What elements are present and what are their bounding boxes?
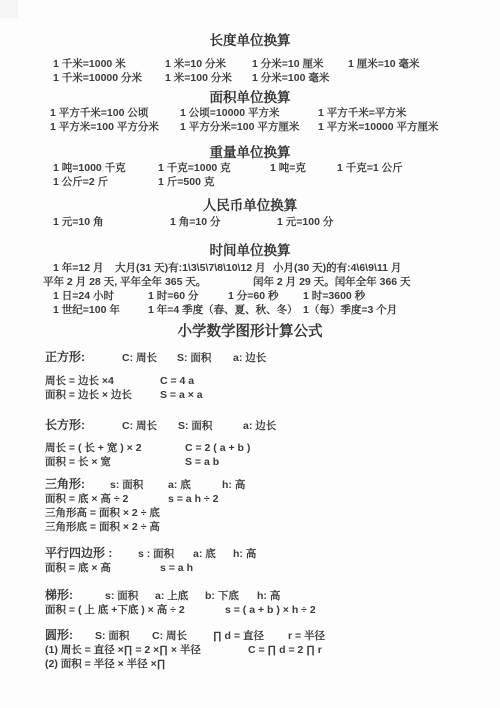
square-formula: 周长 = 边长 ×4 bbox=[45, 374, 114, 388]
length-conversion-item: 1 米=10 分米 bbox=[165, 57, 226, 71]
trapezoid-def: a: 上底 bbox=[155, 589, 188, 603]
triangle-def: a: 底 bbox=[168, 478, 191, 492]
time-conversion-item: 小月(30 天)的有:4\6\9\11 月 bbox=[273, 261, 401, 275]
triangle-formula: 面积 = 底 × 高 ÷ 2 bbox=[45, 492, 128, 506]
length-conversion-item: 1 分米=100 毫米 bbox=[252, 71, 329, 85]
rectangle-formula: 面积 = 长 × 宽 bbox=[45, 455, 111, 469]
weight-conversion-item: 1 吨=克 bbox=[270, 161, 306, 175]
weight-conversion-item: 1 千克=1000 克 bbox=[158, 161, 231, 175]
weight-conversion-item: 1 吨=1000 千克 bbox=[53, 161, 126, 175]
time-conversion-item: 1 年=4 季度（春、夏、秋、冬） bbox=[148, 303, 298, 317]
trapezoid-def: b: 下底 bbox=[205, 589, 239, 603]
shape-name-trapezoid: 梯形: bbox=[45, 588, 73, 602]
time-conversion-item: 1 年=12 月 bbox=[53, 261, 104, 275]
rectangle-def: S: 面积 bbox=[178, 419, 212, 433]
length-conversion-item: 1 分米=10 厘米 bbox=[252, 57, 324, 71]
length-conversion-item: 1 千米=10000 分米 bbox=[53, 71, 142, 85]
section-title-time: 时间单位换算 bbox=[0, 243, 500, 259]
triangle-def: h: 高 bbox=[222, 478, 245, 492]
worksheet-page: 长度单位换算 1 千米=1000 米 1 米=10 分米 1 分米=10 厘米 … bbox=[0, 0, 500, 708]
area-conversion-item: 1 平方千米=平方米 bbox=[318, 106, 406, 120]
parallelogram-def: s : 面积 bbox=[138, 547, 174, 561]
square-formula-symbolic: C = 4 a bbox=[160, 374, 194, 388]
parallelogram-def: h: 高 bbox=[233, 547, 256, 561]
circle-def: ∏ d = 直径 bbox=[213, 629, 264, 643]
circle-def: C: 周长 bbox=[152, 629, 187, 643]
time-conversion-item: 1 时=3600 秒 bbox=[303, 289, 365, 303]
rmb-conversion-item: 1 角=10 分 bbox=[170, 215, 221, 229]
square-def: S: 面积 bbox=[177, 351, 211, 365]
time-conversion-item: 闰年 2 月 29 天。闰年全年 366 天 bbox=[253, 275, 411, 289]
shape-name-square: 正方形: bbox=[45, 350, 85, 364]
rmb-conversion-item: 1 元=10 角 bbox=[53, 215, 104, 229]
trapezoid-def: h: 高 bbox=[257, 589, 280, 603]
time-conversion-item: 1 世纪=100 年 bbox=[53, 303, 120, 317]
circle-formula: (2) 面积 = 半径 × 半径 ×∏ bbox=[45, 657, 165, 671]
time-conversion-item: 平年 2 月 28 天, 平年全年 365 天。 bbox=[43, 275, 206, 289]
area-conversion-item: 1 公顷=10000 平方米 bbox=[180, 106, 280, 120]
rectangle-def: a: 边长 bbox=[243, 419, 276, 433]
square-def: a: 边长 bbox=[233, 351, 266, 365]
trapezoid-formula-symbolic: s = ( a + b ) × h ÷ 2 bbox=[225, 603, 316, 617]
weight-conversion-item: 1 斤=500 克 bbox=[158, 175, 214, 189]
section-title-area: 面积单位换算 bbox=[0, 90, 500, 106]
time-conversion-item: 1（每）季度=3 个月 bbox=[303, 303, 397, 317]
triangle-formula: 三角形高 = 面积 × 2 ÷ 底 bbox=[45, 506, 160, 520]
section-title-weight: 重量单位换算 bbox=[0, 145, 500, 161]
time-conversion-item: 1 日=24 小时 bbox=[53, 289, 114, 303]
circle-def: r = 半径 bbox=[288, 629, 325, 643]
triangle-formula: 三角形底 = 面积 × 2 ÷ 高 bbox=[45, 520, 160, 534]
length-conversion-item: 1 千米=1000 米 bbox=[53, 57, 126, 71]
section-title-length: 长度单位换算 bbox=[0, 33, 500, 49]
area-conversion-item: 1 平方米=10000 平方厘米 bbox=[318, 120, 439, 134]
area-conversion-item: 1 平方千米=100 公顷 bbox=[50, 106, 148, 120]
circle-def: S: 面积 bbox=[95, 629, 129, 643]
rectangle-def: C: 周长 bbox=[122, 419, 157, 433]
square-formula-symbolic: S = a × a bbox=[160, 388, 203, 402]
time-conversion-item: 大月(31 天)有:1\3\5\7\8\10\12 月 bbox=[115, 261, 266, 275]
triangle-formula-symbolic: s = a h ÷ 2 bbox=[168, 492, 218, 506]
rmb-conversion-item: 1 元=100 分 bbox=[277, 215, 333, 229]
shape-name-rectangle: 长方形: bbox=[45, 418, 85, 432]
trapezoid-formula: 面积 = ( 上 底 +下底 ) × 高 ÷ 2 bbox=[45, 603, 185, 617]
area-conversion-item: 1 平方米=100 平方分米 bbox=[50, 120, 159, 134]
shape-name-parallelogram: 平行四边形 : bbox=[45, 546, 112, 560]
rectangle-formula-symbolic: C = 2 ( a + b ) bbox=[185, 441, 250, 455]
circle-formula: (1) 周长 = 直径 ×∏ = 2 ×∏ × 半径 bbox=[45, 643, 201, 657]
weight-conversion-item: 1 千克=1 公斤 bbox=[337, 161, 403, 175]
square-formula: 面积 = 边长 × 边长 bbox=[45, 388, 132, 402]
parallelogram-formula: 面积 = 底 × 高 bbox=[45, 561, 111, 575]
rectangle-formula-symbolic: S = a b bbox=[185, 455, 219, 469]
section-title-rmb: 人民币单位换算 bbox=[0, 198, 500, 214]
parallelogram-def: a: 底 bbox=[193, 547, 216, 561]
time-conversion-item: 1 分=60 秒 bbox=[228, 289, 279, 303]
shape-name-triangle: 三角形: bbox=[45, 477, 85, 491]
parallelogram-formula-symbolic: s = a h bbox=[160, 561, 193, 575]
shape-name-circle: 圆形: bbox=[45, 628, 73, 642]
rectangle-formula: 周长 = ( 长 + 宽 ) × 2 bbox=[45, 441, 142, 455]
scan-corner-artifact bbox=[0, 0, 18, 18]
weight-conversion-item: 1 公斤=2 斤 bbox=[53, 175, 108, 189]
time-conversion-item: 1 时=60 分 bbox=[148, 289, 199, 303]
formulas-title: 小学数学图形计算公式 bbox=[0, 324, 500, 340]
trapezoid-def: s: 面积 bbox=[105, 589, 138, 603]
triangle-def: s: 面积 bbox=[110, 478, 143, 492]
square-def: C: 周长 bbox=[122, 351, 157, 365]
length-conversion-item: 1 厘米=10 毫米 bbox=[348, 57, 420, 71]
area-conversion-item: 1 平方分米=100 平方厘米 bbox=[180, 120, 299, 134]
length-conversion-item: 1 米=100 分米 bbox=[165, 71, 232, 85]
circle-formula-symbolic: C = ∏ d = 2 ∏ r bbox=[248, 643, 322, 657]
